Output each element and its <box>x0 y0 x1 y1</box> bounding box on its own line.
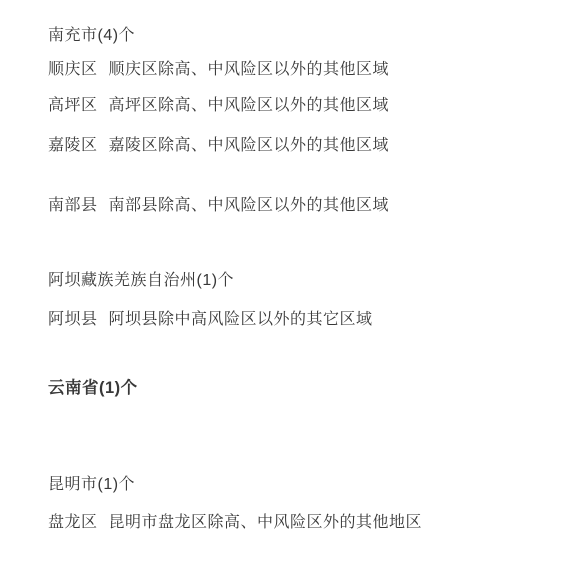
prefecture-header-aba: 阿坝藏族羌族自治州(1)个 <box>48 270 568 292</box>
city-header-kunming: 昆明市(1)个 <box>48 474 568 496</box>
district-name: 阿坝县 <box>48 311 98 328</box>
province-header-yunnan: 云南省(1)个 <box>48 377 568 399</box>
district-entry-aba: 阿坝县阿坝县除中高风险区以外的其它区域 <box>48 309 568 331</box>
district-description: 高坪区除高、中风险区以外的其他区域 <box>109 97 390 114</box>
risk-area-list: 南充市(4)个 顺庆区顺庆区除高、中风险区以外的其他区域 高坪区高坪区除高、中风… <box>0 0 588 570</box>
district-name: 高坪区 <box>48 97 98 114</box>
district-name: 南部县 <box>48 197 98 214</box>
district-entry-shunqing: 顺庆区顺庆区除高、中风险区以外的其他区域 <box>48 59 568 81</box>
district-description: 南部县除高、中风险区以外的其他区域 <box>109 197 390 214</box>
district-description: 昆明市盘龙区除高、中风险区外的其他地区 <box>109 514 423 531</box>
district-description: 阿坝县除中高风险区以外的其它区域 <box>109 311 373 328</box>
district-description: 顺庆区除高、中风险区以外的其他区域 <box>109 61 390 78</box>
district-entry-gaoping: 高坪区高坪区除高、中风险区以外的其他区域 <box>48 95 568 117</box>
district-name: 嘉陵区 <box>48 137 98 154</box>
district-entry-panlong: 盘龙区昆明市盘龙区除高、中风险区外的其他地区 <box>48 512 568 534</box>
district-name: 盘龙区 <box>48 514 98 531</box>
city-header-nanchong: 南充市(4)个 <box>48 25 568 47</box>
district-entry-jialing: 嘉陵区嘉陵区除高、中风险区以外的其他区域 <box>48 135 568 157</box>
district-name: 顺庆区 <box>48 61 98 78</box>
district-description: 嘉陵区除高、中风险区以外的其他区域 <box>109 137 390 154</box>
district-entry-nanbu: 南部县南部县除高、中风险区以外的其他区域 <box>48 195 568 217</box>
